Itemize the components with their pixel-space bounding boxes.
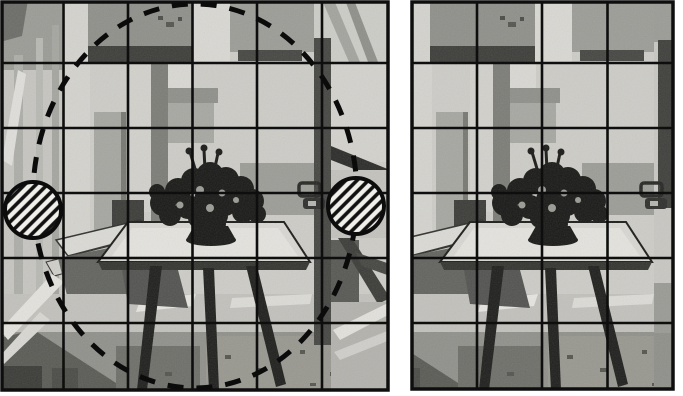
figure-panel-left (0, 0, 390, 392)
figure-panel-right (342, 0, 683, 392)
hatched-circle-left (5, 182, 61, 238)
hatched-circle-right (328, 178, 384, 234)
figure-canvas (0, 0, 683, 396)
scene-right (342, 0, 683, 392)
figure-container (0, 0, 683, 396)
